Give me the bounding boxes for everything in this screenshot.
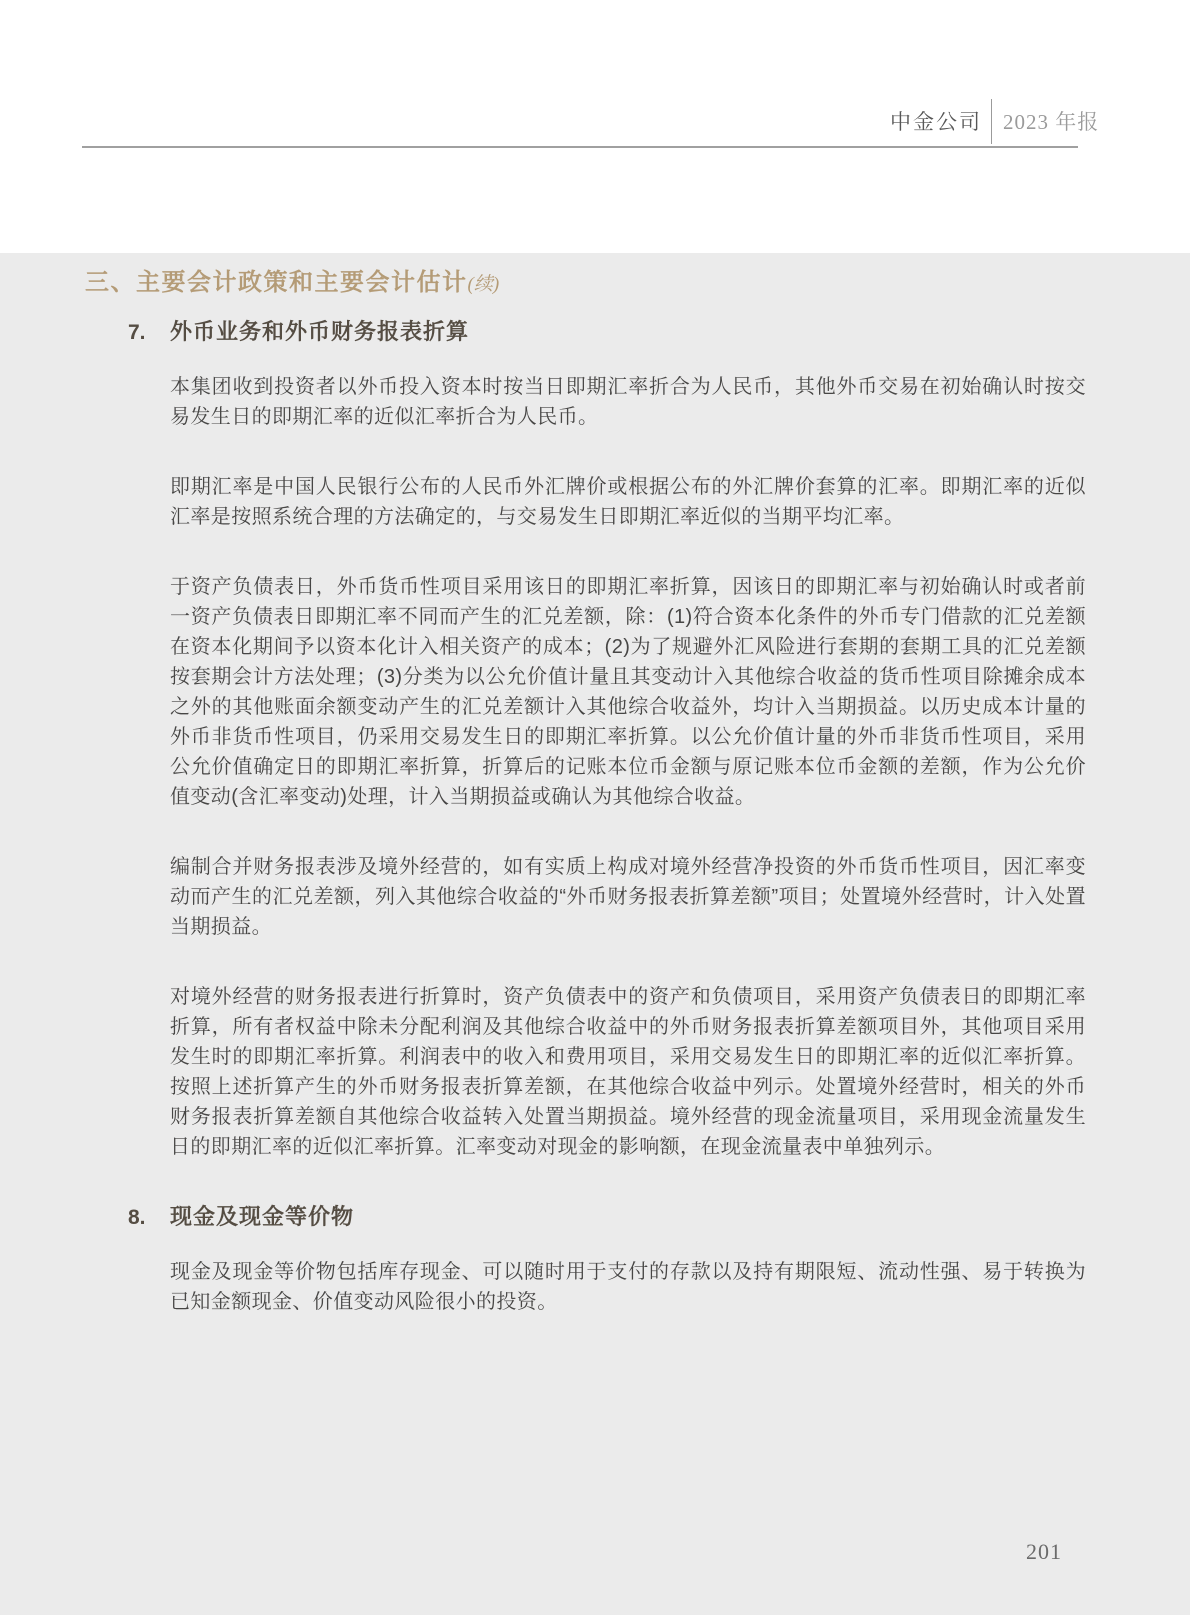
- section-title-suffix: (续): [468, 274, 500, 295]
- item-7-heading: 7. 外币业务和外币财务报表折算: [0, 317, 1190, 348]
- item-7-title: 外币业务和外币财务报表折算: [170, 317, 469, 347]
- content-band: 三、主要会计政策和主要会计估计(续) 7. 外币业务和外币财务报表折算 本集团收…: [0, 253, 1190, 1615]
- item-foreign-currency: 7. 外币业务和外币财务报表折算 本集团收到投资者以外币投入资本时按当日即期汇率…: [0, 317, 1190, 1162]
- header-divider: [991, 99, 992, 144]
- section-title: 三、主要会计政策和主要会计估计(续): [85, 268, 1190, 300]
- item-8-number: 8.: [128, 1203, 170, 1233]
- header-rule: [82, 146, 1078, 148]
- item-cash-equivalents: 8. 现金及现金等价物 现金及现金等价物包括库存现金、可以随时用于支付的存款以及…: [0, 1202, 1190, 1317]
- header-company-name: 中金公司: [890, 106, 982, 136]
- paragraph: 对境外经营的财务报表进行折算时，资产负债表中的资产和负债项目，采用资产负债表日的…: [170, 982, 1086, 1162]
- paragraph: 现金及现金等价物包括库存现金、可以随时用于支付的存款以及持有期限短、流动性强、易…: [170, 1257, 1086, 1317]
- item-8-heading: 8. 现金及现金等价物: [0, 1202, 1190, 1233]
- item-8-title: 现金及现金等价物: [170, 1202, 354, 1232]
- paragraph: 编制合并财务报表涉及境外经营的，如有实质上构成对境外经营净投资的外币货币性项目，…: [170, 852, 1086, 942]
- section-title-text: 三、主要会计政策和主要会计估计: [85, 269, 468, 296]
- report-page: 中金公司 2023 年报 三、主要会计政策和主要会计估计(续) 7. 外币业务和…: [0, 0, 1190, 1615]
- page-number: 201: [1026, 1539, 1062, 1565]
- paragraph: 即期汇率是中国人民银行公布的人民币外汇牌价或根据公布的外汇牌价套算的汇率。即期汇…: [170, 472, 1086, 532]
- header-edition-label: 2023 年报: [1003, 106, 1099, 136]
- item-7-number: 7.: [128, 318, 170, 348]
- paragraph: 本集团收到投资者以外币投入资本时按当日即期汇率折合为人民币，其他外币交易在初始确…: [170, 372, 1086, 432]
- paragraph: 于资产负债表日，外币货币性项目采用该日的即期汇率折算，因该日的即期汇率与初始确认…: [170, 572, 1086, 812]
